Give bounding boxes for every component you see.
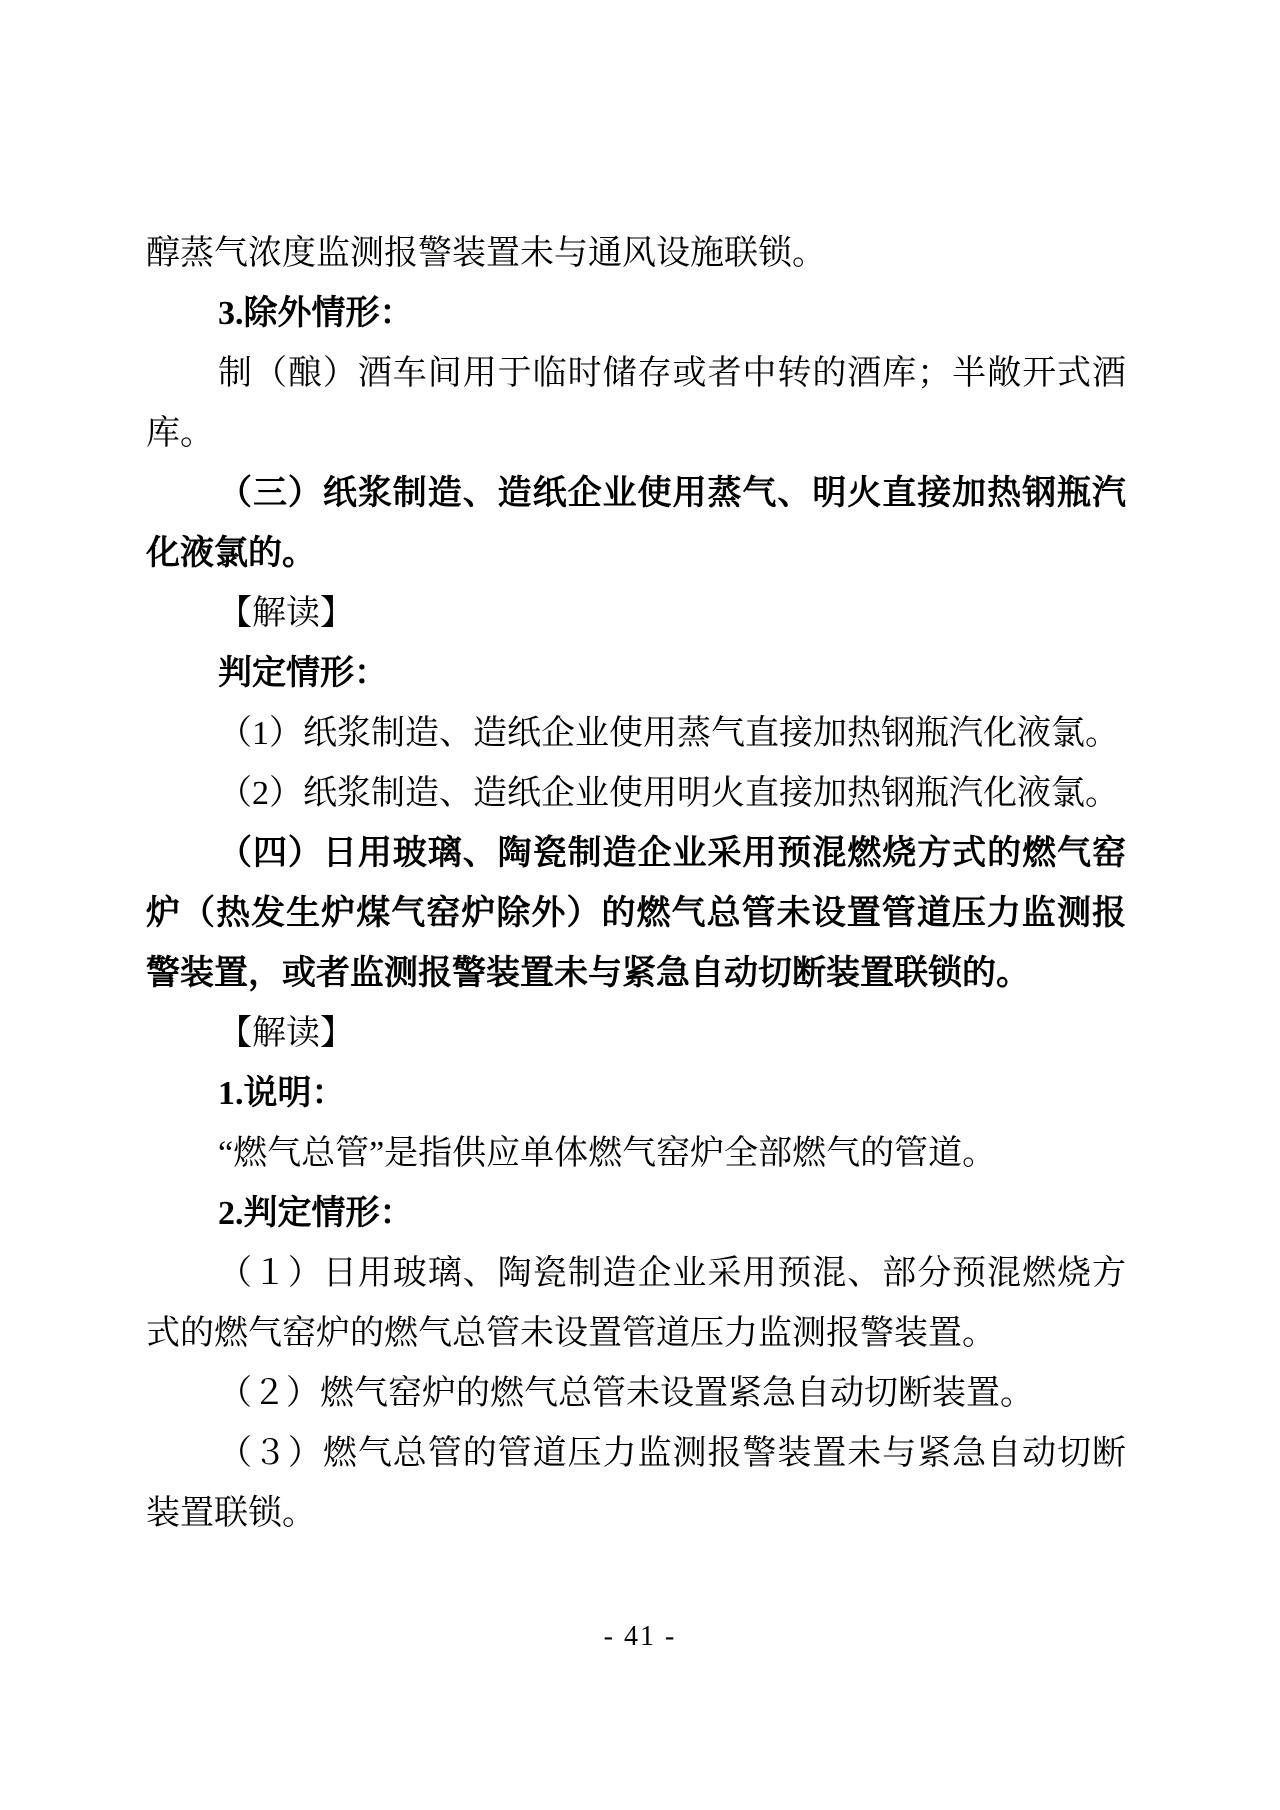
paragraph-case-1b: （１）日用玻璃、陶瓷制造企业采用预混、部分预混燃烧方式的燃气窑炉的燃气总管未设置… (146, 1244, 1126, 1364)
label-interpretation-2: 【解读】 (146, 1004, 1126, 1064)
document-page: 醇蒸气浓度监测报警装置未与通风设施联锁。 3.除外情形： 制（酿）酒车间用于临时… (0, 0, 1280, 1810)
label-interpretation: 【解读】 (146, 584, 1126, 644)
heading-judgment-cases: 判定情形： (146, 644, 1126, 704)
paragraph-case-1: （1）纸浆制造、造纸企业使用蒸气直接加热钢瓶汽化液氯。 (146, 704, 1126, 764)
paragraph-case-3b: （３）燃气总管的管道压力监测报警装置未与紧急自动切断装置联锁。 (146, 1424, 1126, 1544)
paragraph-case-2: （2）纸浆制造、造纸企业使用明火直接加热钢瓶汽化液氯。 (146, 764, 1126, 824)
paragraph-exception-detail: 制（酿）酒车间用于临时储存或者中转的酒库；半敞开式酒库。 (146, 344, 1126, 464)
heading-judgment-cases-2: 2.判定情形： (146, 1184, 1126, 1244)
paragraph-explanation: “燃气总管”是指供应单体燃气窑炉全部燃气的管道。 (146, 1124, 1126, 1184)
paragraph-case-2b: （２）燃气窑炉的燃气总管未设置紧急自动切断装置。 (146, 1364, 1126, 1424)
text-body: 醇蒸气浓度监测报警装置未与通风设施联锁。 3.除外情形： 制（酿）酒车间用于临时… (146, 224, 1126, 1544)
continuation-paragraph: 醇蒸气浓度监测报警装置未与通风设施联锁。 (146, 224, 1126, 284)
heading-item-four: （四）日用玻璃、陶瓷制造企业采用预混燃烧方式的燃气窑炉（热发生炉煤气窑炉除外）的… (146, 824, 1126, 1004)
page-number: - 41 - (0, 1620, 1280, 1654)
heading-explanation: 1.说明： (146, 1064, 1126, 1124)
heading-item-three: （三）纸浆制造、造纸企业使用蒸气、明火直接加热钢瓶汽化液氯的。 (146, 464, 1126, 584)
heading-exception-cases: 3.除外情形： (146, 284, 1126, 344)
